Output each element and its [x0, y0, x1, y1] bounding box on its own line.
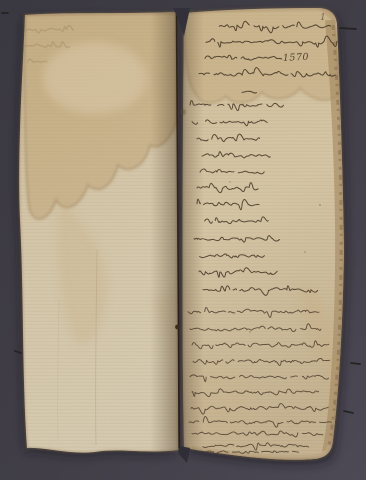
stitch-knot: [175, 325, 180, 330]
manuscript-scan: 1570 1: [0, 0, 366, 480]
scan-canvas: 1570 1: [0, 0, 366, 480]
folio-number: 1: [320, 13, 326, 23]
gutter: [150, 8, 204, 463]
year-1570: 1570: [283, 52, 310, 64]
